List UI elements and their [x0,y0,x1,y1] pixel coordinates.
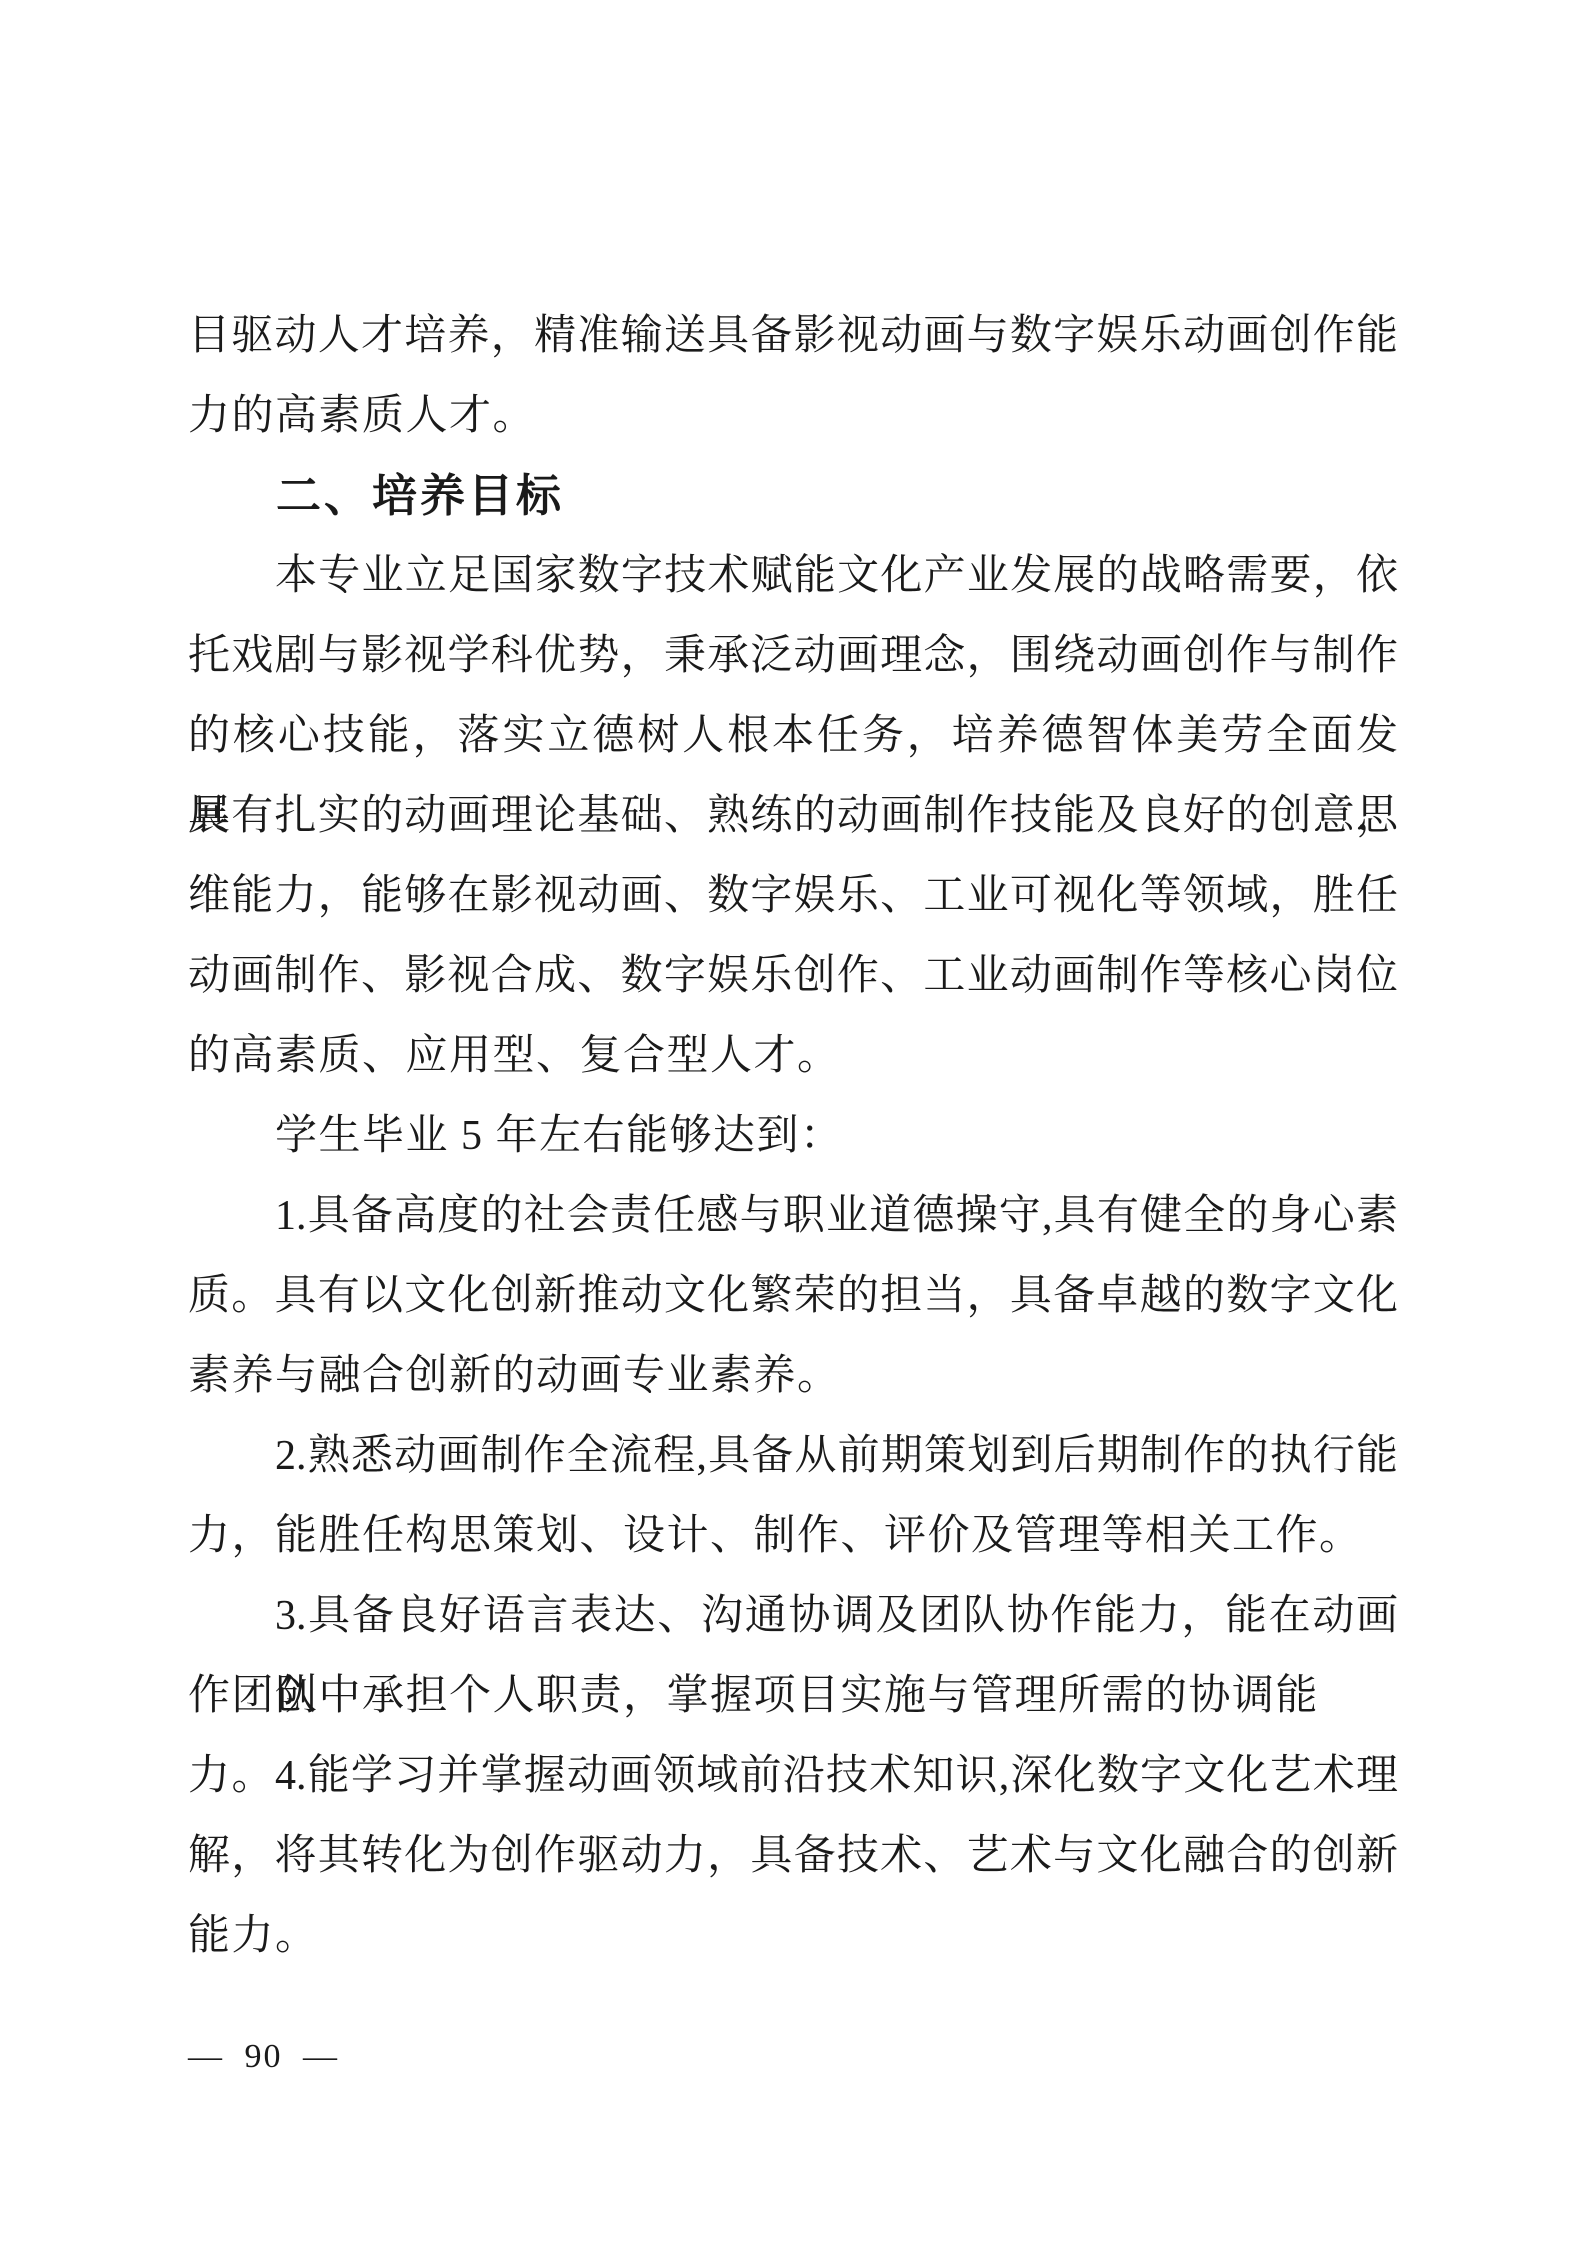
text-line: 质。具有以文化创新推动文化繁荣的担当，具备卓越的数字文化 [188,1256,1398,1336]
text-line: 动画制作、影视合成、数字娱乐创作、工业动画制作等核心岗位 [188,936,1398,1016]
document-body: 目驱动人才培养，精准输送具备影视动画与数字娱乐动画创作能 力的高素质人才。 二、… [188,296,1398,1976]
text-line: 素养与融合创新的动画专业素养。 [188,1336,1398,1416]
text-line: 学生毕业 5 年左右能够达到： [188,1096,1398,1176]
document-page: 目驱动人才培养，精准输送具备影视动画与数字娱乐动画创作能 力的高素质人才。 二、… [0,0,1587,2245]
text-line: 力的高素质人才。 [188,376,1398,456]
text-line: 能力。 [188,1896,1398,1976]
text-line: 目驱动人才培养，精准输送具备影视动画与数字娱乐动画创作能 [188,296,1398,376]
list-item-line: 4.能学习并掌握动画领域前沿技术知识,深化数字文化艺术理 [188,1736,1398,1816]
text-line: 本专业立足国家数字技术赋能文化产业发展的战略需要，依 [188,536,1398,616]
page-number: — 90 — [188,2038,339,2075]
text-line: 维能力，能够在影视动画、数字娱乐、工业可视化等领域，胜任 [188,856,1398,936]
text-line: 的核心技能，落实立德树人根本任务，培养德智体美劳全面发展， [188,696,1398,776]
text-line: 解，将其转化为创作驱动力，具备技术、艺术与文化融合的创新 [188,1816,1398,1896]
text-line: 作团队中承担个人职责，掌握项目实施与管理所需的协调能力。 [188,1656,1398,1736]
list-item-line: 1.具备高度的社会责任感与职业道德操守,具有健全的身心素 [188,1176,1398,1256]
text-line: 托戏剧与影视学科优势，秉承泛动画理念，围绕动画创作与制作 [188,616,1398,696]
list-item-line: 3.具备良好语言表达、沟通协调及团队协作能力，能在动画创 [188,1576,1398,1656]
text-line: 的高素质、应用型、复合型人才。 [188,1016,1398,1096]
text-line: 具有扎实的动画理论基础、熟练的动画制作技能及良好的创意思 [188,776,1398,856]
section-heading: 二、培养目标 [188,456,1398,536]
list-item-line: 2.熟悉动画制作全流程,具备从前期策划到后期制作的执行能 [188,1416,1398,1496]
text-line: 力，能胜任构思策划、设计、制作、评价及管理等相关工作。 [188,1496,1398,1576]
page-footer: — 90 — [188,2036,339,2078]
